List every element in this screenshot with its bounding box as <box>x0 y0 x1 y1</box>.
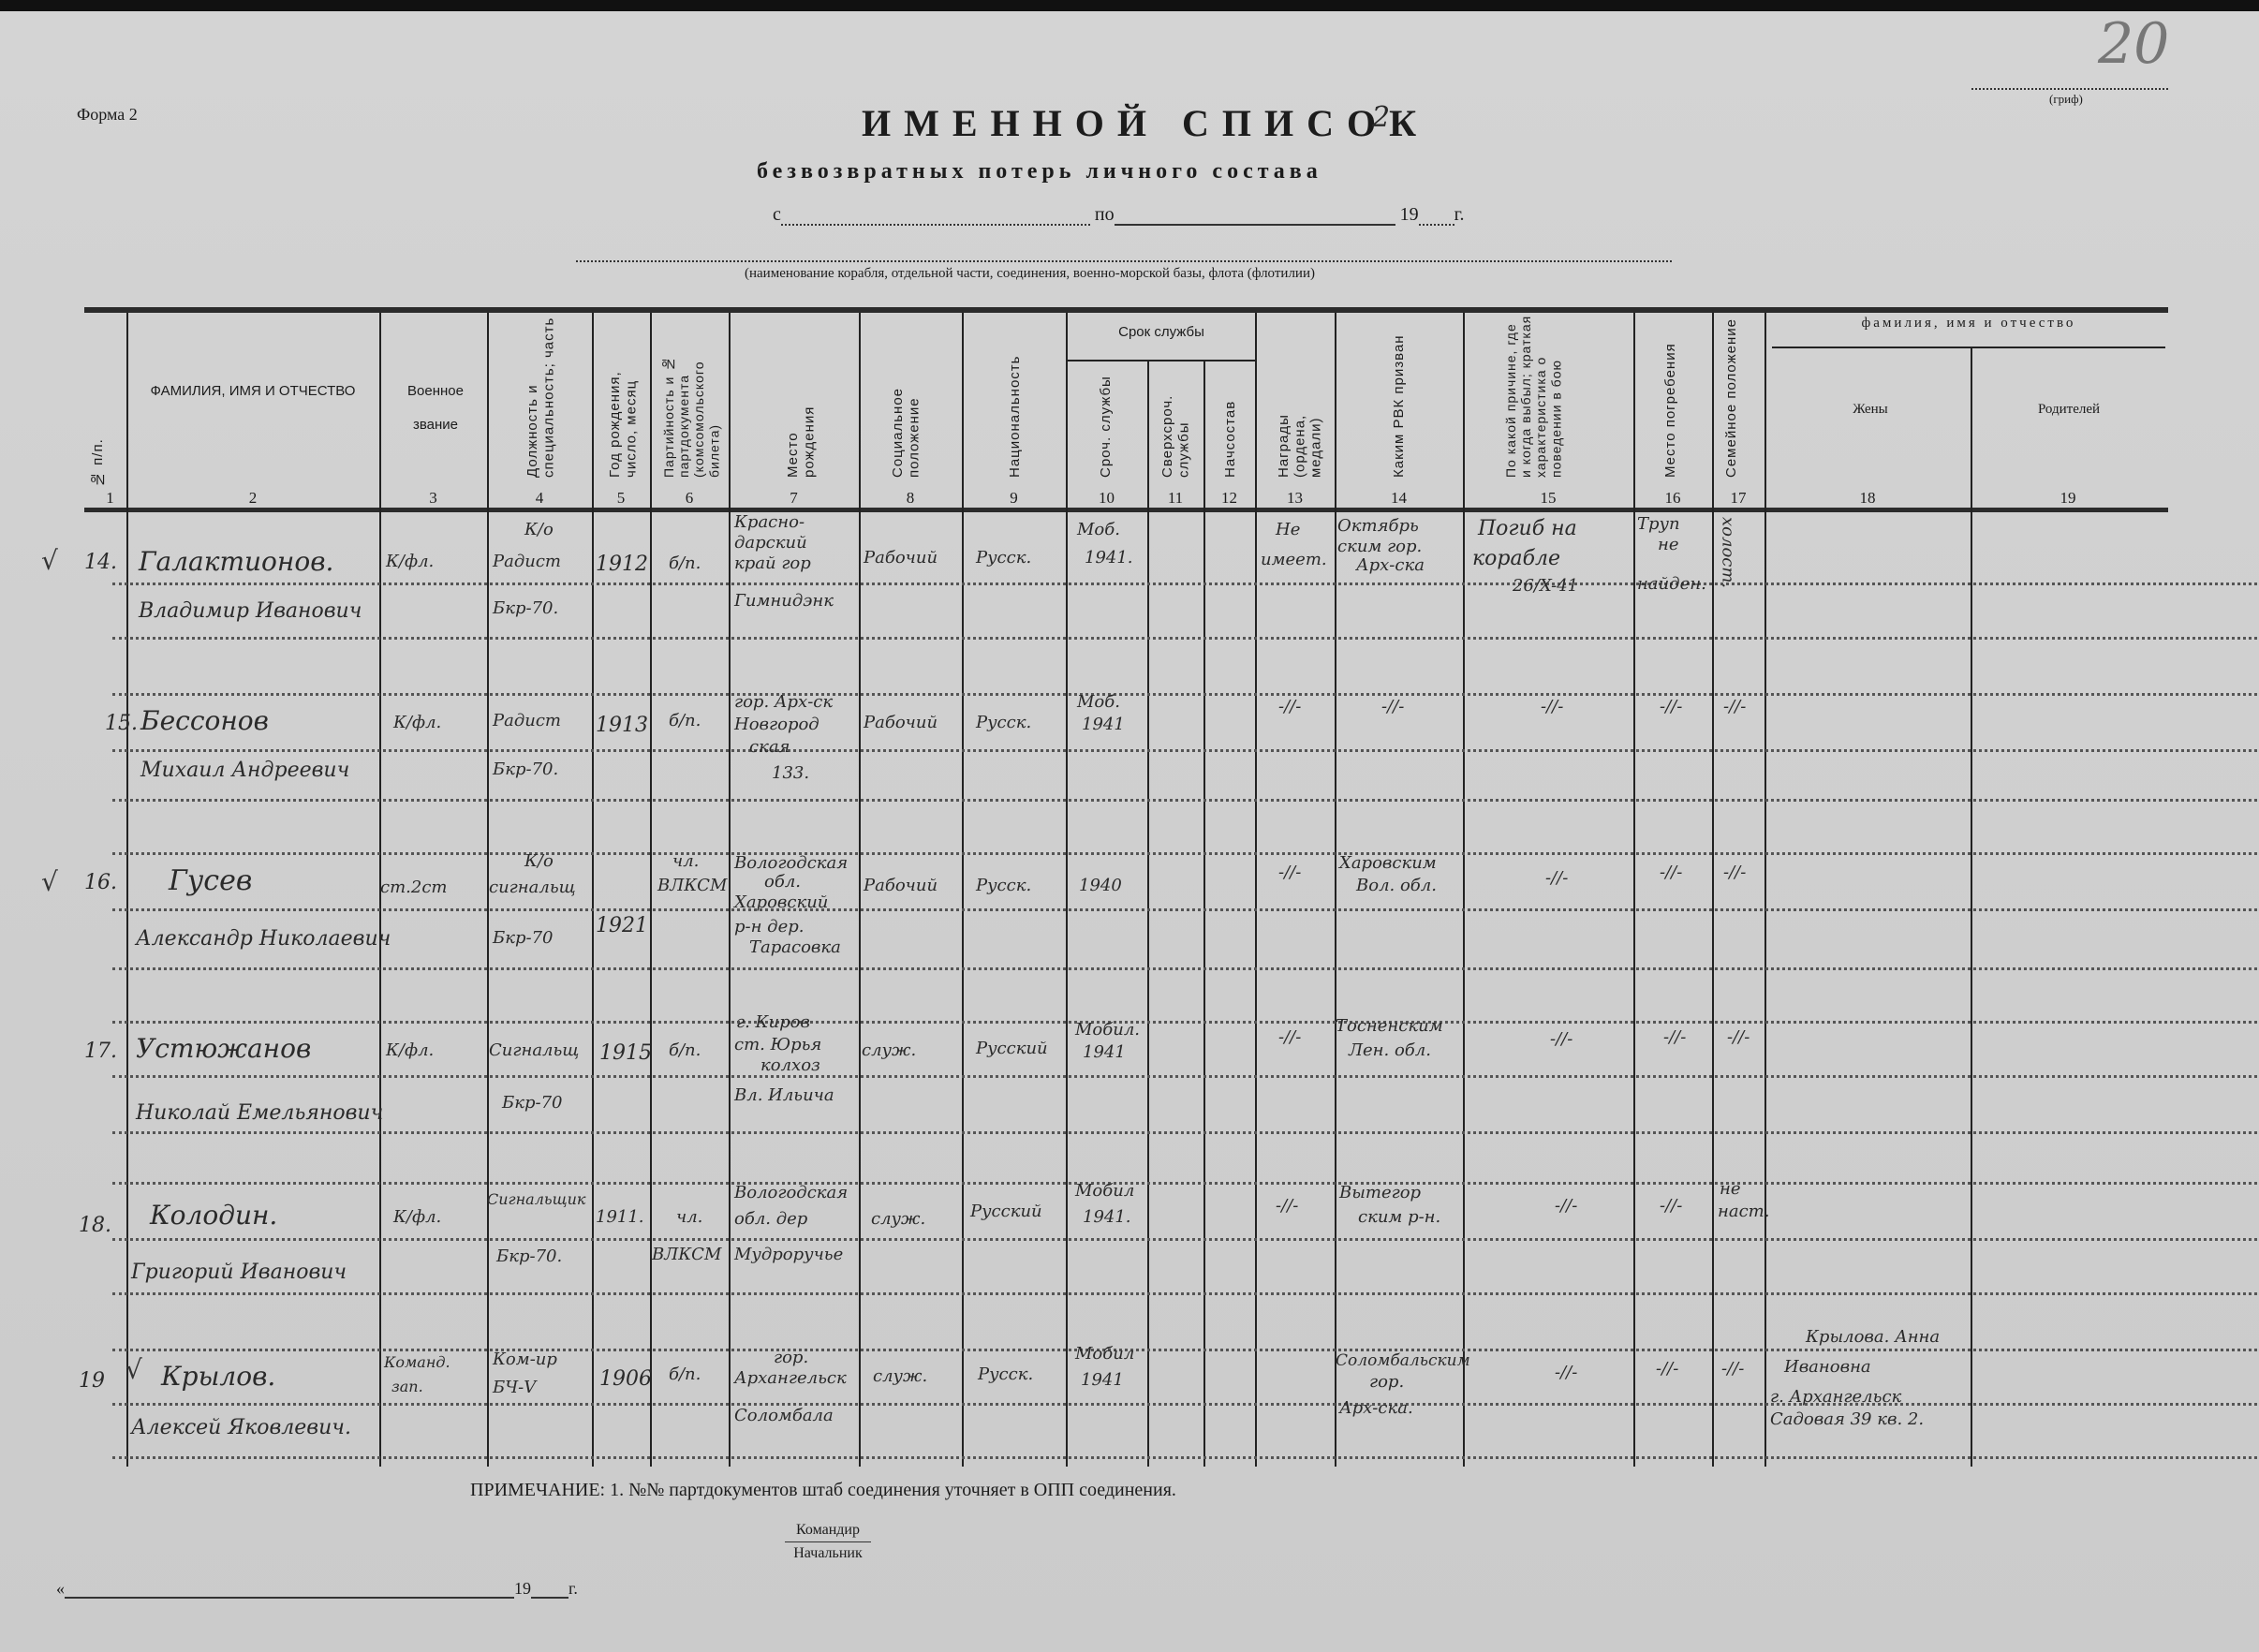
wife-address-2: Садовая 39 кв. 2. <box>1770 1410 1924 1430</box>
col-num-17: 17 <box>1712 489 1764 508</box>
row-rule <box>112 799 2257 802</box>
title-handwritten-number: 2 <box>1372 101 1390 134</box>
birthplace-1: Красно- <box>734 513 805 533</box>
col-header-16: Место погребения <box>1662 318 1678 478</box>
reason-3: 26/X-41 <box>1513 577 1578 597</box>
surname: Галактионов. <box>139 547 333 577</box>
birthplace-3: край гор <box>734 554 811 574</box>
reason-ditto: -//- <box>1541 698 1563 717</box>
birthplace-1: Вологодская <box>734 1184 848 1203</box>
party: б/п. <box>669 554 701 574</box>
nationality: Русский <box>976 1040 1048 1059</box>
service-term-2: 1940 <box>1079 877 1122 896</box>
row-rule <box>112 967 2257 970</box>
position-line-1: Ком-ир <box>493 1350 557 1370</box>
birthplace-5: Тарасовка <box>749 938 841 958</box>
col-num-2: 2 <box>126 489 379 508</box>
awards-ditto: -//- <box>1278 698 1301 717</box>
service-term-group-header: Срок службы <box>1068 324 1255 342</box>
rvk-2: ским гор. <box>1337 538 1422 557</box>
party-2: ВЛКСМ <box>657 877 727 896</box>
family-ditto: -//- <box>1723 863 1746 883</box>
row-number: 18. <box>79 1214 111 1237</box>
birth-year: 1912 <box>596 553 648 576</box>
party: б/п. <box>669 712 701 731</box>
burial-ditto: -//- <box>1663 1028 1686 1048</box>
date-year: 19 <box>514 1579 531 1598</box>
col-num-7: 7 <box>729 489 859 508</box>
position-line-3: Бкр-70 <box>502 1094 563 1114</box>
checkmark-icon: √ <box>41 545 58 576</box>
birthplace-3: Мудроручье <box>734 1246 843 1265</box>
col-num-11: 11 <box>1147 489 1203 508</box>
family-2: наст. <box>1718 1202 1769 1222</box>
wife-name-2: Ивановна <box>1784 1358 1871 1378</box>
rvk-ditto: -//- <box>1381 698 1404 717</box>
rvk-3: Арх-ска <box>1356 556 1425 576</box>
position-line-2: сигнальщ <box>489 878 576 898</box>
birth-year: 1911. <box>596 1208 644 1228</box>
table-top-rule <box>84 307 2168 313</box>
reason-ditto: -//- <box>1555 1197 1577 1217</box>
service-term-2: 1941 <box>1083 1043 1126 1063</box>
service-term-1: Мобил <box>1075 1182 1134 1202</box>
birthplace-3: ская <box>749 738 790 758</box>
rvk-2: Вол. обл. <box>1356 877 1437 896</box>
col-num-18: 18 <box>1764 489 1971 508</box>
row-rule <box>112 637 2257 640</box>
birthplace-1: гор. <box>774 1349 808 1368</box>
surname: Гусев <box>169 865 252 898</box>
signature-block: Командир Начальник <box>785 1522 871 1562</box>
row-number: 15. <box>105 712 138 735</box>
service-term-1: Мобил <box>1075 1345 1134 1364</box>
col-num-10: 10 <box>1066 489 1147 508</box>
row-rule <box>112 749 2257 752</box>
row-number: 14. <box>84 551 117 574</box>
position-line-2: БЧ-V <box>493 1379 536 1398</box>
period-year-label: 19 <box>1400 204 1419 225</box>
position-line-2: Сигнальщик <box>487 1191 585 1208</box>
position-line-3: Бкр-70 <box>493 929 554 949</box>
checkmark-icon: √ <box>41 866 58 897</box>
row-rule <box>112 852 2257 855</box>
signature-divider <box>785 1541 871 1542</box>
rvk-1: Соломбальским <box>1336 1352 1470 1371</box>
birthplace-2: дарский <box>734 534 807 553</box>
row-rule <box>112 1456 2257 1459</box>
birth-year: 1913 <box>596 714 648 737</box>
awards-ditto: -//- <box>1278 863 1301 883</box>
party: б/п. <box>669 1365 701 1385</box>
rank-1: Команд. <box>384 1354 450 1371</box>
rvk-1: Харовским <box>1339 854 1437 874</box>
date-field <box>65 1586 514 1599</box>
position-line-3: Бкр-70. <box>493 760 558 780</box>
surname: Колодин. <box>150 1201 277 1231</box>
col-header-14: Каким РВК призван <box>1391 309 1407 478</box>
reason-1: Погиб на <box>1478 517 1577 540</box>
position-line-3: Бкр-70. <box>496 1247 562 1267</box>
family-ditto: -//- <box>1721 1360 1744 1379</box>
col-num-14: 14 <box>1335 489 1463 508</box>
relatives-group-header: фамилия, имя и отчество <box>1772 315 2165 332</box>
family-status: холост. <box>1718 517 1737 588</box>
form-label: Форма 2 <box>77 105 138 125</box>
nationality: Русский <box>970 1202 1042 1222</box>
rvk-2: ским р-н. <box>1358 1208 1440 1228</box>
date-year-field <box>531 1586 568 1599</box>
grif-label: (гриф) <box>2049 92 2083 107</box>
position-line-2: Радист <box>493 712 561 731</box>
rvk-2: Лен. обл. <box>1349 1041 1431 1061</box>
birth-year: 1915 <box>599 1041 652 1065</box>
birthplace-4: 133. <box>772 764 809 784</box>
row-rule <box>112 1075 2257 1078</box>
birthplace-4: Вл. Ильича <box>734 1086 834 1106</box>
col-header-10: Сроч. службы <box>1098 375 1114 478</box>
birth-year: 1921 <box>596 914 648 937</box>
given-names: Алексей Яковлевич. <box>131 1416 351 1439</box>
family-ditto: -//- <box>1727 1028 1750 1048</box>
service-term-1: Моб. <box>1077 693 1120 713</box>
birthplace-1: Вологодская <box>734 854 848 874</box>
row-rule <box>112 693 2257 696</box>
rank: К/фл. <box>386 1041 434 1061</box>
awards-ditto: -//- <box>1276 1197 1298 1217</box>
row-rule <box>112 583 2257 585</box>
col-num-5: 5 <box>592 489 650 508</box>
birthplace-2: ст. Юрья <box>734 1036 821 1055</box>
grif-field <box>1971 88 2168 90</box>
service-term-2: 1941 <box>1082 715 1125 735</box>
row-rule <box>112 1292 2257 1295</box>
col-num-3: 3 <box>379 489 487 508</box>
burial-ditto: -//- <box>1656 1360 1678 1379</box>
unit-name-field <box>576 258 1672 262</box>
position-line-3: Бкр-70. <box>493 599 558 619</box>
burial-ditto: -//- <box>1660 863 1682 883</box>
nationality: Русск. <box>978 1365 1033 1385</box>
row-number: 16. <box>84 871 117 894</box>
row-rule <box>112 908 2257 911</box>
family-1: не <box>1720 1180 1741 1200</box>
party: б/п. <box>669 1041 701 1061</box>
rvk-1: Тосненским <box>1336 1017 1443 1037</box>
wife-address-1: г. Архангельск <box>1770 1388 1901 1408</box>
col-divider <box>1203 361 1205 1467</box>
social-status: Рабочий <box>864 549 938 568</box>
row-number: 19 <box>79 1369 105 1393</box>
period-from-label: с <box>773 204 781 225</box>
footer-date-line: «19г. <box>56 1579 578 1599</box>
col-num-1: 1 <box>94 489 126 508</box>
col-header-1: № п/п. <box>90 403 106 487</box>
row-rule <box>112 1021 2257 1024</box>
row-rule <box>112 1403 2257 1406</box>
col-num-13: 13 <box>1255 489 1335 508</box>
rank-2: зап. <box>391 1379 423 1395</box>
rvk-1: Вытегор <box>1339 1184 1421 1203</box>
surname: Бессонов <box>140 706 269 736</box>
burial-1: Труп <box>1637 515 1680 535</box>
position-line-2: Сигнальщ <box>489 1041 579 1061</box>
period-year-field <box>1419 211 1454 226</box>
period-to-label: по <box>1095 204 1115 225</box>
service-term-2: 1941. <box>1085 549 1133 568</box>
col-divider <box>1971 348 1972 1467</box>
document-page <box>0 11 2259 1652</box>
col-divider <box>1147 361 1149 1467</box>
col-header-11: Сверхсроч. службы <box>1159 375 1192 478</box>
service-term-group-rule <box>1068 360 1255 361</box>
period-from-field <box>781 211 1090 226</box>
col-header-18: Жены <box>1772 401 1969 419</box>
nationality: Русск. <box>976 714 1031 733</box>
birthplace-2: Архангельск <box>734 1369 847 1389</box>
reason-2: корабле <box>1472 547 1560 570</box>
social-status: служ. <box>862 1041 916 1061</box>
col-num-12: 12 <box>1203 489 1255 508</box>
birthplace-2: обл. дер <box>734 1210 807 1230</box>
col-header-15: По какой причине, где и когда выбыл; кра… <box>1503 314 1592 478</box>
document-title: ИМЕННОЙ СПИСОК <box>862 101 1429 145</box>
given-names: Владимир Иванович <box>139 599 362 623</box>
col-num-8: 8 <box>859 489 962 508</box>
col-header-13: Награды (ордена, медали) <box>1276 356 1324 478</box>
rank: К/фл. <box>393 1208 441 1228</box>
col-num-19: 19 <box>1971 489 2165 508</box>
social-status: служ. <box>871 1210 925 1230</box>
col-header-2: ФАМИЛИЯ, ИМЯ И ОТЧЕСТВО <box>140 375 365 408</box>
page-number: 20 <box>2098 11 2169 77</box>
wife-name-1: Крылова. Анна <box>1806 1328 1940 1348</box>
col-header-9: Национальность <box>1007 356 1023 478</box>
birthplace-1: г. Киров <box>736 1013 810 1033</box>
row-number: 17. <box>84 1040 117 1063</box>
rvk-1: Октябрь <box>1337 517 1419 537</box>
date-prefix: « <box>56 1579 65 1598</box>
service-term-2: 1941. <box>1083 1208 1131 1228</box>
birthplace-4: Гимнидэнк <box>734 592 834 612</box>
social-status: служ. <box>873 1367 927 1387</box>
footer-note: ПРИМЕЧАНИЕ: 1. №№ партдокументов штаб со… <box>470 1480 1176 1501</box>
col-header-8: Социальное положение <box>890 356 923 478</box>
given-names: Александр Николаевич <box>136 927 391 951</box>
row-rule <box>112 1182 2257 1185</box>
row-rule <box>112 1349 2257 1351</box>
service-term-2: 1941 <box>1081 1371 1124 1391</box>
col-header-12: Начсостав <box>1222 384 1238 478</box>
burial-3: найден. <box>1637 575 1706 595</box>
col-header-5: Год рождения, число, месяц <box>607 356 640 478</box>
signer-chief: Начальник <box>785 1545 871 1562</box>
col-header-6: Партийность и № партдокумента (комсомоль… <box>661 314 721 478</box>
position-line-2: Радист <box>493 553 561 572</box>
birthplace-2: обл. <box>764 873 801 892</box>
birth-year: 1906 <box>599 1367 652 1391</box>
birthplace-2: Новгород <box>734 715 819 735</box>
col-num-6: 6 <box>650 489 729 508</box>
col-header-4: Должность и специальность; часть <box>524 314 557 478</box>
position-line-1: К/о <box>524 852 554 872</box>
social-status: Рабочий <box>864 714 938 733</box>
service-term-1: Моб. <box>1077 521 1120 540</box>
reason-ditto: -//- <box>1555 1364 1577 1383</box>
rank: К/фл. <box>393 714 441 733</box>
row-rule <box>112 1131 2257 1134</box>
burial-2: не <box>1658 536 1679 555</box>
birthplace-3: колхоз <box>760 1056 820 1076</box>
signer-commander: Командир <box>785 1522 871 1539</box>
col-header-7: Место рождения <box>785 375 818 478</box>
birthplace-3: Соломбала <box>734 1407 834 1426</box>
reason-ditto: -//- <box>1550 1030 1572 1050</box>
document-subtitle: безвозвратных потерь личного состава <box>757 159 1322 184</box>
party-2: ВЛКСМ <box>652 1246 721 1265</box>
period-line: с по 19г. <box>773 204 1465 226</box>
rank: ст.2ст <box>380 878 447 898</box>
given-names: Григорий Иванович <box>131 1261 347 1284</box>
burial-ditto: -//- <box>1660 698 1682 717</box>
unit-name-caption: (наименование корабля, отдельной части, … <box>745 266 1315 282</box>
given-names: Михаил Андреевич <box>140 759 349 782</box>
rvk-2: гор. <box>1369 1373 1404 1393</box>
rank: К/фл. <box>386 553 434 572</box>
col-num-9: 9 <box>962 489 1066 508</box>
burial-ditto: -//- <box>1660 1197 1682 1217</box>
birthplace-3: Харовский <box>734 893 828 913</box>
rvk-3: Арх-ска. <box>1339 1399 1413 1419</box>
party-1: чл. <box>676 1208 702 1228</box>
birthplace-1: гор. Арх-ск <box>734 693 833 713</box>
col-num-15: 15 <box>1463 489 1633 508</box>
checkmark-icon: √ <box>125 1354 142 1385</box>
social-status: Рабочий <box>864 877 938 896</box>
nationality: Русск. <box>976 877 1031 896</box>
position-line-1: К/о <box>524 521 554 540</box>
relatives-group-rule <box>1772 347 2165 348</box>
family-ditto: -//- <box>1723 698 1746 717</box>
period-to-field <box>1115 211 1395 226</box>
given-names: Николай Емельянович <box>136 1101 383 1125</box>
awards-2: имеет. <box>1261 551 1327 570</box>
col-header-17: Семейное положение <box>1723 314 1739 478</box>
birthplace-4: р-н дер. <box>734 918 805 937</box>
col-header-19: Родителей <box>1972 401 2165 419</box>
table-header-bottom-rule <box>84 508 2168 512</box>
surname: Устюжанов <box>136 1034 311 1064</box>
date-suffix: г. <box>568 1579 578 1598</box>
period-year-suffix: г. <box>1454 204 1465 225</box>
col-num-4: 4 <box>487 489 592 508</box>
row-rule <box>112 1238 2257 1241</box>
awards-ditto: -//- <box>1278 1028 1301 1048</box>
service-term-1: Мобил. <box>1075 1021 1140 1040</box>
party-1: чл. <box>672 852 699 872</box>
col-num-16: 16 <box>1633 489 1712 508</box>
reason-ditto: -//- <box>1545 869 1568 889</box>
nationality: Русск. <box>976 549 1031 568</box>
col-header-3: Военное звание <box>398 375 473 442</box>
awards-1: Не <box>1276 521 1300 540</box>
surname: Крылов. <box>161 1362 275 1392</box>
